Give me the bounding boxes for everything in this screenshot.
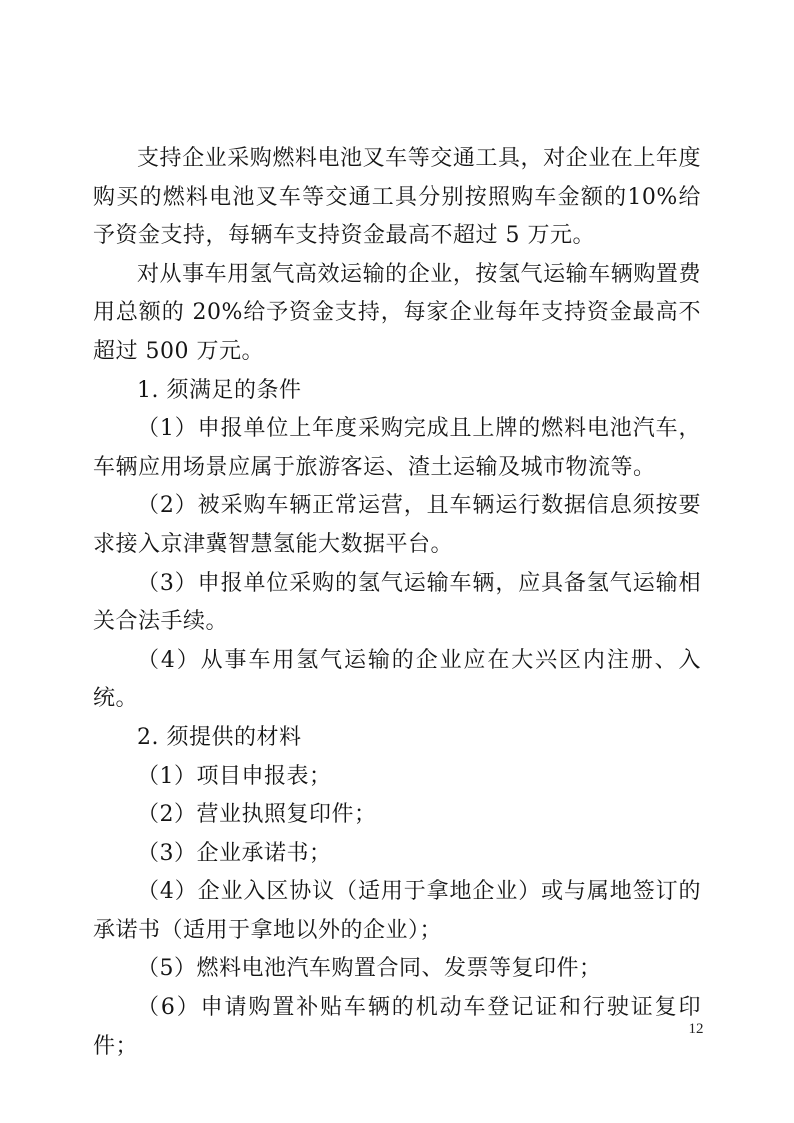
material-item-1: （1）项目申报表； [93, 758, 701, 797]
paragraph-support-forklift: 支持企业采购燃料电池叉车等交通工具，对企业在上年度购买的燃料电池叉车等交通工具分… [93, 140, 701, 256]
material-item-3: （3）企业承诺书； [93, 835, 701, 874]
text-block: 支持企业采购燃料电池叉车等交通工具，对企业在上年度购买的燃料电池叉车等交通工具分… [93, 140, 701, 1066]
condition-item-2: （2）被采购车辆正常运营，且车辆运行数据信息须按要求接入京津冀智慧氢能大数据平台… [93, 487, 701, 564]
material-item-2: （2）营业执照复印件； [93, 796, 701, 835]
material-item-5: （5）燃料电池汽车购置合同、发票等复印件； [93, 950, 701, 989]
condition-item-1: （1）申报单位上年度采购完成且上牌的燃料电池汽车，车辆应用场景应属于旅游客运、渣… [93, 410, 701, 487]
condition-item-3: （3）申报单位采购的氢气运输车辆，应具备氢气运输相关合法手续。 [93, 565, 701, 642]
document-page: 支持企业采购燃料电池叉车等交通工具，对企业在上年度购买的燃料电池叉车等交通工具分… [0, 0, 794, 1123]
section-heading-conditions: 1. 须满足的条件 [93, 372, 701, 411]
material-item-4: （4）企业入区协议（适用于拿地企业）或与属地签订的承诺书（适用于拿地以外的企业）… [93, 873, 701, 950]
material-item-6: （6）申请购置补贴车辆的机动车登记证和行驶证复印件； [93, 989, 701, 1066]
condition-item-4: （4）从事车用氢气运输的企业应在大兴区内注册、入统。 [93, 642, 701, 719]
paragraph-hydrogen-transport: 对从事车用氢气高效运输的企业，按氢气运输车辆购置费用总额的 20%给予资金支持，… [93, 256, 701, 372]
page-number: 12 [682, 1019, 710, 1039]
section-heading-materials: 2. 须提供的材料 [93, 719, 701, 758]
